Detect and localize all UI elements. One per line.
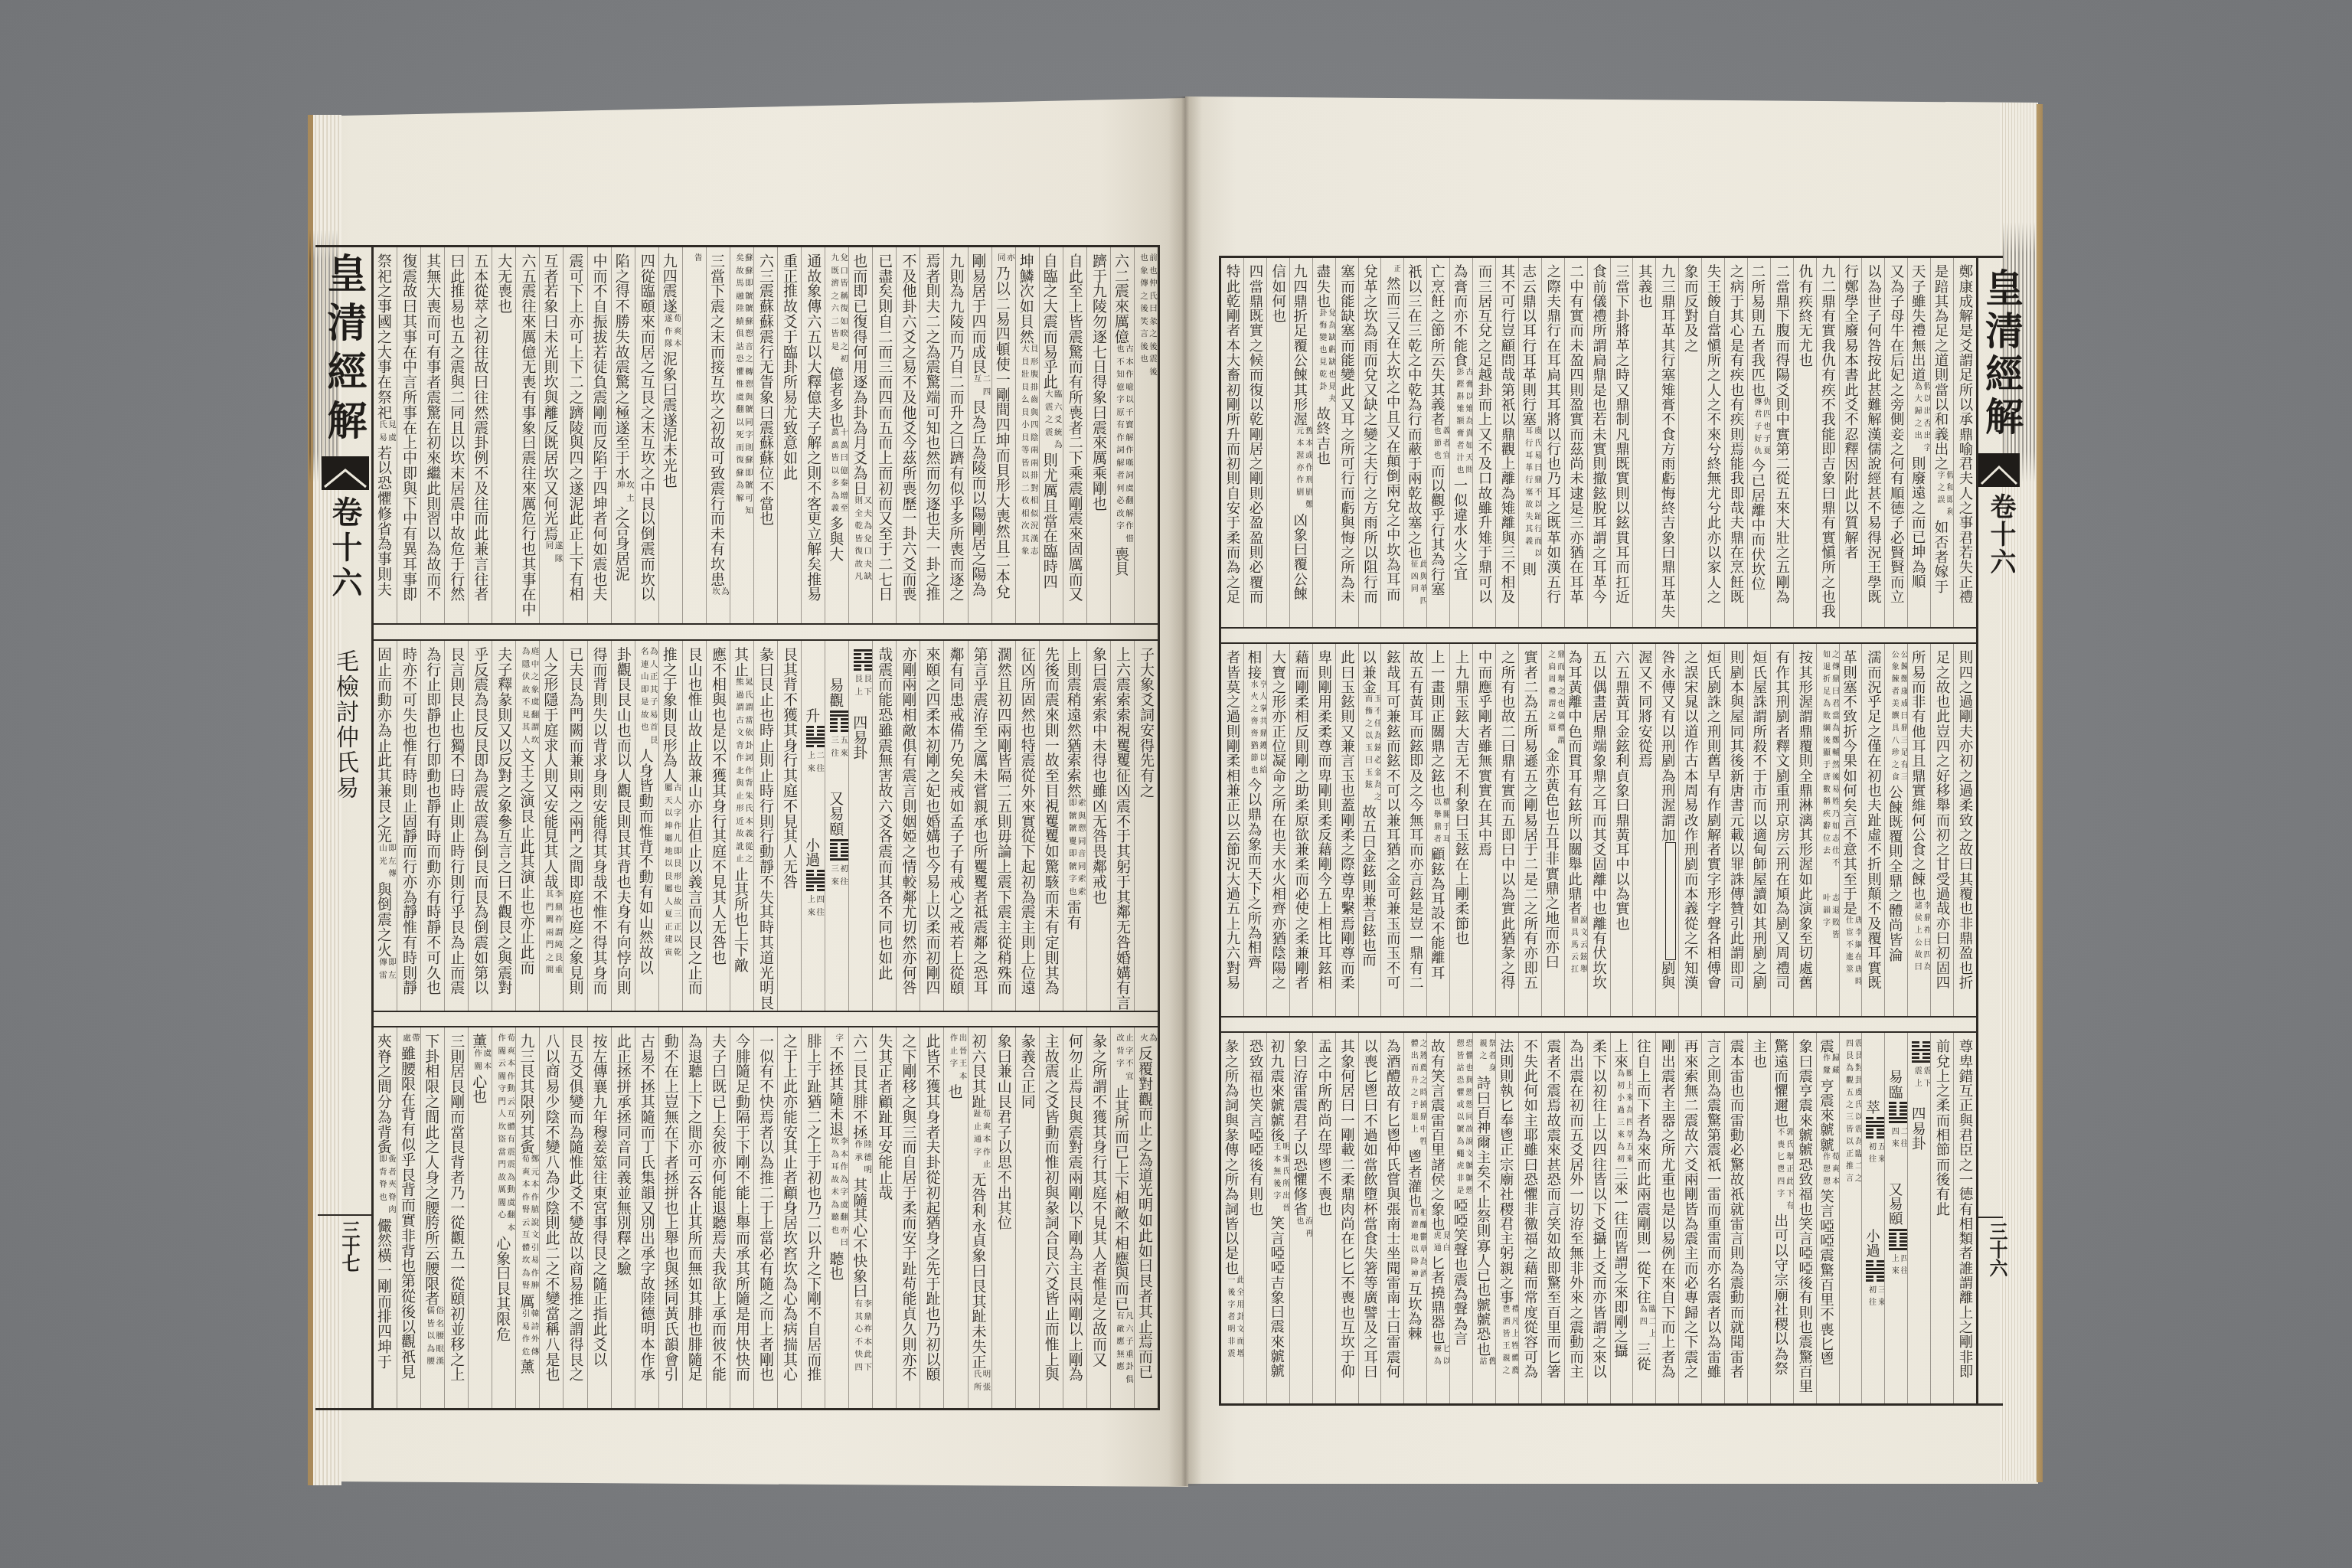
margin-rule-top [315, 245, 373, 247]
annotation-note: 之傳鼎曰君當為鄭輔然後易姓乃如志仕不如退折足為敗綱後顯于唐數稱疾辭位去 [1821, 650, 1839, 871]
hexagram-line [806, 733, 825, 736]
main-text: 其止 [732, 647, 749, 678]
text-column: 夫子釋彖則又以反對之象參互言之曰不觀艮之與震對 [492, 641, 515, 1011]
annotation-note: 歸藏作釐 [1821, 1053, 1839, 1078]
main-text: 啞啞笑聲也震為聲為言 [1452, 1198, 1468, 1346]
text-column: 艮五爻俱變而為隨惟此爻不變故以商易推之謂得艮之 [563, 1027, 586, 1408]
main-text: 艮言則艮止也獨不曰時止則止時行則行乎艮為止而震 [448, 647, 465, 995]
text-column: 則剭本與屋同其後新唐書元載以罪誅傳贊引此謂即司 [1724, 644, 1747, 1016]
main-text: 第言乎震洊至之厲未嘗親承也所矍矍者祗震鄰之恐耳 [972, 647, 988, 995]
hexagram-line [1889, 1106, 1907, 1108]
main-text: 是踣其為足之道則當以和義出之 [1932, 264, 1949, 471]
hexagram-line [1912, 1045, 1930, 1047]
main-text: 為膏而亦不能食 [1452, 264, 1468, 367]
hexagram-line [1889, 1229, 1907, 1231]
main-text: 剭與 [1659, 960, 1675, 990]
text-column: 失王餕自當愼所之人之不來兮終無尤兮此亦以家人之 [1701, 258, 1724, 627]
text-column: 渥又不同將安從焉 [1632, 644, 1655, 1016]
main-text: 一似違水火之宜 [1452, 478, 1468, 581]
text-column: 四從臨頤來而居之互艮之末互坎之中艮以倒震而坎以 [635, 247, 658, 623]
main-text: 反覆對觀而止之為道光明如此如曰艮者其止焉而已 [1136, 1047, 1153, 1380]
main-text: 艮五爻俱變而為隨惟此爻不變故以商易推之謂得艮之 [567, 1034, 584, 1382]
hexagram-line [854, 657, 872, 659]
main-text: 藉而剛柔相反則剛之助柔原欲兼柔而必使之柔兼剛者 [1293, 650, 1309, 990]
main-text: 仇有疾終无尤也 [1797, 264, 1813, 367]
hexagram-line [1866, 1129, 1884, 1131]
hexagram-line [1912, 1041, 1930, 1044]
annotation-note: 李鼎祚謂純艮重其門闕兩門之間 [544, 890, 563, 978]
text-column: 正然而三又在大坎之中且又在顛倒兩兌之中坎為耳而 [1380, 258, 1403, 627]
text-column: 之所有也故二曰鼎有實而五即曰中以為實此猶彖之得 [1495, 644, 1518, 1016]
main-text: 故五曰金鉉則兼言鉉也而 [1360, 805, 1376, 967]
text-column: 震本雷也而雷動必驚故祇就雷言則為震動而就聞雷者 [1724, 1033, 1747, 1403]
hexagram-line [1889, 1236, 1907, 1239]
main-text: 又為子母牛在后妃之旁側妾之何有順德子必賢賢而立 [1888, 264, 1904, 604]
margin-rule-bottom [315, 1408, 373, 1410]
text-column: 之將薦之時撓鼎中牲體出而升之于俎上鬯者灌也秬釀鬱草為酒而灌地以降神互坎為棘 [1403, 1033, 1426, 1403]
main-text: 濶然且初四兩剛皆隔二五則毋論上震下震主從稍殊而 [995, 647, 1012, 995]
main-text: 不及他卦六爻之易不及他爻今茲所喪歷一卦六爻而喪 [900, 253, 916, 602]
main-text: 哉震而能恐雖震無害故六爻各震而其各不同也如此 [876, 647, 893, 981]
main-text: 為耳黃離中色而貫耳有鉉所以關舉此鼎者 [1566, 650, 1583, 916]
annotation-note: 假和即利字之誤 [1935, 471, 1953, 520]
main-text: 二當鼎下腹而得陽爻則中實第二從五來大壯之五剛為 [1774, 264, 1790, 604]
main-text: 不失此何如主耶雖曰恐懼非徼福之藉而常度從容可為 [1522, 1039, 1538, 1379]
main-text: 詩曰百神爾主矣不止祭則寡人已也虩虩恐也 [1475, 1076, 1491, 1357]
text-column: 之下剛移之與三而自居于柔而安于趾苟能貞久則亦不 [896, 1027, 920, 1408]
main-text: 恐致福也笑言啞啞後有則也 [1247, 1039, 1263, 1217]
main-text: 上則震稍遠然猶索索然 [1065, 647, 1082, 799]
main-text: 六五震往來厲億无喪有事象曰震往來厲危行也其事在中 [519, 253, 536, 617]
text-column: 初九震來虩虩後明張氏所出晉王本無後字笑言啞啞吉象曰震來虩虩 [1266, 1033, 1289, 1403]
text-column: 動不在上豈無在下者拯拼也上舉也與拯同黃氏韻會引 [658, 1027, 682, 1408]
annotation-note: 陸德明作承 [854, 1140, 872, 1178]
hexagram-line [830, 839, 848, 841]
text-column: 一似有不快焉者以為推二于上當必有隨之而上者剛也 [753, 1027, 777, 1408]
text-column: 坤鱗次如貝然貝形腹排齒與四陰兩兩排對相似況漢志大貝壯貝么貝小貝等皆以二枚相次其象 [1015, 247, 1039, 623]
annotation-note: 假以出否出字為大歸之出 [1912, 382, 1930, 456]
text-column: 其無大喪而可有事者震驚在初來繼此則習以為故而不 [420, 247, 444, 623]
main-text: 雖腰限在背有似乎艮背而實非背也第從後以觀祇見 [399, 1047, 416, 1380]
text-column: 上則震稍遠然猶索索然索與愬同音同索索即虩虩矍即虩字也雷有 [1063, 641, 1086, 1011]
main-text: 多與大 [827, 516, 844, 561]
text-column: 夾脊之間分為背夤夤者夾脊肉即背脊也儼然橫一剛而排四坤于 [374, 1027, 397, 1408]
left-page-text-frame: 前也仲氏曰彖之後震後也象傳之後笑言後也六二震來厲億古本作噫以千寶解作嘆詞虞翻解作… [371, 245, 1160, 1410]
text-column: 震下震上四易卦 [1907, 1033, 1930, 1403]
main-text: 復震故曰其事在中言所事在上中即與下中有異耳事即 [400, 253, 417, 602]
main-text: 象曰震索索中未得也雖凶无咎畏鄰戒也 [1090, 647, 1107, 905]
hexagram-line [1866, 1260, 1884, 1263]
main-text: 五以偶畫居鼎端象鼎之耳而其爻固離中也離有伏坎坎 [1591, 650, 1607, 990]
text-column: 以兼金玉不任為鉉必金為之而飾之以玉曰玉鉉故五曰金鉉則兼言鉉也而 [1358, 644, 1381, 1016]
main-text: 彖義合正同 [1019, 1034, 1036, 1109]
text-column: 庭中之象虞翻謂坎為隱伏故不見其人文王之演艮止此其演止也亦止此而 [515, 641, 539, 1011]
text-column: 大寶之形亦正位凝命之所在也夫水火相齊亦猶陰陽之 [1266, 644, 1289, 1016]
text-column: 重正推故爻于臨卦所易尤致意如此 [777, 247, 801, 623]
annotation-note: 說文云鉉舉鼎具馬云扛 [1569, 916, 1587, 977]
main-text: 凶象曰覆公餗 [1292, 512, 1308, 601]
text-column: 鉉哉耳可兼鉉而鉉不可以兼耳猶之金可兼玉而玉不可 [1380, 644, 1403, 1016]
text-column: 四當鼎既實之候而復以乾剛居之剛則必盈盈則必覆而 [1243, 258, 1266, 627]
main-text: 按左傳襄九年穆姜筮往東宮事得艮之隨正指此爻以 [591, 1034, 608, 1367]
main-text: 相接 [1246, 650, 1262, 680]
hexagram-line [1866, 1264, 1884, 1266]
text-column: 仇有疾終无尤也 [1793, 258, 1816, 627]
main-text: 萃 [1864, 1100, 1880, 1115]
annotation-note: 虞本作閽 [473, 1049, 492, 1074]
main-text: 金亦黃色也五耳非實鼎之地而亦曰 [1543, 748, 1560, 970]
main-text: 為行止即靜也行即動也靜有時而動亦有時靜不可久也 [424, 647, 441, 995]
main-text: 若以恐懼修省為事則夫 [375, 446, 392, 597]
text-column: 下卦相限之間此之人身之腰胯所云腰限者俗名腰眼漢儒皆以為腰 [420, 1027, 444, 1408]
hexagram-line [830, 714, 848, 717]
text-column: 之誤宋晁以道作古本周易改作刑剭而本義從之不知漢 [1678, 644, 1701, 1016]
text-column: 自此至上皆震驚而有所喪者二下乘震剛震來固厲而又 [1063, 247, 1086, 623]
main-text: 信如何也 [1270, 264, 1286, 323]
annotation-note: 亦同 [997, 253, 1015, 266]
main-text: 剛易居于四而成艮 [970, 253, 987, 374]
text-column: 為膏而亦不能食古膏以雉為貴如天問彭鏗斟雉額膏者汁也一似違水火之宜 [1449, 258, 1472, 627]
main-text: 人之形隱于庭求人則又安能見其人哉 [541, 647, 558, 890]
main-text: 實者二為五所易遜五之剛易居于二是二之所有亦即五 [1522, 650, 1538, 990]
text-column: 其義也 [1632, 258, 1655, 627]
text-column: 為行止即靜也行即動也靜有時而動亦有時靜不可久也 [420, 641, 444, 1011]
annotation-note: 李本作為字虞翻亦曰坎為耳故未為聽也 [830, 1137, 848, 1251]
hexagram-line [830, 726, 848, 728]
main-text: 雷有 [1065, 900, 1082, 930]
text-column: 前兌上之柔而相節而後有此 [1930, 1033, 1953, 1403]
text-column: 二當鼎下腹而得陽爻則中實第二從五來大壯之五剛為 [1770, 258, 1793, 627]
main-text: 九則為九陵而乃自二而升之曰躋有似乎多所喪而逐之 [948, 253, 965, 602]
text-column: 中而應乎剛者雖無實實在其中焉 [1472, 644, 1495, 1016]
main-text: 則尤厲且當在臨時四 [1041, 453, 1058, 590]
text-column: 帶處雖腰限在背有似乎艮背而實非背也第從後以觀祇見 [397, 1027, 420, 1408]
main-text: 前兌上之柔而相節而後有此 [1934, 1039, 1950, 1217]
hexagram-line [854, 668, 872, 671]
spacer [812, 647, 812, 708]
main-text: 則 [1521, 561, 1537, 576]
text-column: 今腓隨足動隔于下剛不能上舉而承其所隨是用快快而 [730, 1027, 753, 1408]
main-text: 其義也 [1636, 264, 1652, 309]
text-column: 故五有黃耳而鉉即及之今無耳而亦言鉉是豈一鼎有二 [1403, 644, 1426, 1016]
text-column: 尊卑錯互正與君臣之一德有相類者誰謂離上之剛非即 [1953, 1033, 1976, 1403]
main-text: 卦觀艮艮山也而以人觀艮則艮其背也夫身有向悖向則 [615, 647, 632, 995]
margin-rule-bottom [1977, 1403, 2003, 1406]
text-column: 而三居互兌之足越卦而上又不及口故雖升雉于鼎可以 [1472, 258, 1495, 627]
text-column: 躋于九陵勿逐七日得象曰震來厲乘剛也 [1086, 247, 1110, 623]
text-column: 亦同乃以二易四頓使一剛間四坤而貝形大喪然且二本兌 [991, 247, 1015, 623]
main-text: 下卦相限之間此之人身之腰胯所云腰限者 [423, 1034, 439, 1306]
main-text: 柔下以初往上以四往皆以下爻攝上爻而亦皆謂之來以 [1591, 1039, 1607, 1379]
text-column: 震歸藏作釐亨震來虩虩荀爽本作愬愬笑言啞啞震驚百里不喪匕鬯 [1816, 1033, 1839, 1403]
main-text: 泥象曰震遂泥未光也 [661, 352, 678, 488]
main-text: 法則則執匕奉鬯正宗廟社稷君主躬親之事 [1498, 1039, 1514, 1305]
annotation-note: 初往三來 [830, 864, 848, 890]
main-text: 焉者則夫二之為震驚端可知也然而勿逐也夫一卦之推 [923, 253, 940, 602]
main-text: 其無大喪而可有事者震驚在初來繼此則習以為故而不 [424, 253, 441, 602]
hexagram-line [830, 722, 848, 724]
main-text: 此皆不獲其身者夫卦從初起猶身之先于趾也乃初以頤 [923, 1034, 940, 1382]
hexagram-line [1889, 1109, 1907, 1112]
main-text: 乃以二易四頓使一剛間四坤而貝形大喪然且二本兌 [994, 266, 1011, 600]
main-text: 乎反震為艮反艮即為震故震為倒艮而艮為倒震如第以 [472, 647, 488, 995]
text-column: 二中有實而未盈四則盈實而茲尚未逮是三亦猶在耳革 [1564, 258, 1587, 627]
main-text: 小過 [803, 838, 820, 868]
annotation-note: 橫關于耳以舉鼎者 [1431, 798, 1449, 847]
text-column: 五本從萃之初往故曰往然震卦例不及往而此兼言往者 [468, 247, 492, 623]
main-text: 以為世子何咎按此甚難解漢儒說經甚不易得況王學既 [1865, 264, 1881, 604]
text-column: 祭祀之事國之大事在祭祀見虞氏易若以恐懼修省為事則夫 [374, 247, 397, 623]
lacuna-box [1665, 842, 1676, 960]
text-column: 驚遠而懼邇也郭氏舉正此下有不喪匕鬯四字出可以守宗廟社稷以為祭 [1770, 1033, 1793, 1403]
main-text: 震 [1818, 1039, 1834, 1053]
spacer [1894, 1151, 1895, 1182]
text-column: 九三艮其限列其夤鄭元本作䐈說文引易作胂荀爽本作腎云互體坎為腎厲韓詩外傳引易作危薰 [515, 1027, 539, 1408]
text-column: 公餗鄭康成曰鼎三足有三公象餗者美饌具八珍之食公餗既覆則全鼎之體尚皆淪 [1884, 644, 1907, 1016]
main-text: 中而不自振拔若徒負震剛而反陷于四坤者何如震也夫 [591, 253, 608, 602]
annotation-note: 志退敗皆叶韻字 [1821, 893, 1839, 942]
text-column: 鼎而舉之也儀禮謂之扃周禮謂之鼏金亦黃色也五耳非實鼎之地而亦曰 [1541, 644, 1564, 1016]
text-column: 艮其背不獲其身行其庭不見其人无咎 [777, 641, 801, 1011]
main-text: 今腓隨足動隔于下剛不能上舉而承其所隨是用快快而 [733, 1034, 750, 1382]
text-column: 為耳黃離中色而貫耳有鉉所以關舉此鼎者說文云鉉舉鼎具馬云扛 [1564, 644, 1587, 1016]
main-text: 行鄭學全廢易本書此爻不忍釋因附此以質解者 [1842, 264, 1858, 560]
main-text: 故五有黃耳而鉉即及之今無耳而亦言鉉是豈一鼎有二 [1407, 650, 1423, 990]
main-text: 薰 [518, 1360, 534, 1375]
hexagram-line [1889, 1102, 1907, 1104]
main-text: 大寶之形亦正位凝命之所在也夫水火相齊亦猶陰陽之 [1270, 650, 1286, 990]
hexagram-line [854, 661, 872, 663]
hexagram-line [806, 877, 825, 880]
annotation-note: 臨二上為四 [1637, 1305, 1655, 1341]
annotation-note: 庭中之象虞翻謂坎為隱伏故不見其人 [521, 647, 539, 748]
main-text: 震本雷也而雷動必驚故祇就雷言則為震動而就聞雷者 [1728, 1039, 1744, 1379]
main-text: 故有笑言震雷百里諸侯之象也 [1429, 1039, 1445, 1231]
main-text: 所易而非有他耳且鼎實維何公食之餗也 [1909, 650, 1926, 901]
text-column: 時亦不可失也惟有時則止固靜而行亦為靜惟有時則靜 [397, 641, 420, 1011]
text-column: 六三震蘇蘇震行无眚象曰震蘇蘇位不當也 [753, 247, 777, 623]
main-text: 曰此推易也五之震與二同且以坎末居震中故危于行然 [448, 253, 465, 602]
main-text: 鄰有同患戒備乃免矣戒如孟子子有戒心之戒若上從頤 [948, 647, 965, 995]
annotation-note: 為人正其子易首艮名連山即是故也 [640, 647, 658, 748]
text-column: 以喪匕鬯曰不過如當飲墮杯當食失箸等廣譬及之耳曰 [1358, 1033, 1381, 1403]
main-text: 也而即已復得何用逐為卦為月爻為日 [851, 253, 867, 496]
main-text: 為出震在初而五爻居外一切洊至無非外來之震動而主 [1568, 1039, 1584, 1379]
annotation-note: 鼎而舉之也儀禮謂之扃周禮謂之鼏 [1546, 650, 1564, 748]
text-column: 六二艮其腓不拯陸德明作承其隨其心不快象曰李鼎祚本此下有其心不快四 [848, 1027, 872, 1408]
text-column: 初六艮其趾荀爽本作止趾止通字无咎利永貞象曰艮其趾未失正明張氏所 [968, 1027, 991, 1408]
text-column: 失其正者顧趾耳安能止哉 [872, 1027, 896, 1408]
main-text: 五本從萃之初往故曰往然震卦例不及往而此兼言往者 [472, 253, 488, 602]
register-lower: 為火反覆對觀而止之為道光明如此如曰艮者其止焉而已止字不宜改背字止其所而已上下相敵… [374, 1026, 1158, 1408]
main-text: 祭祀之事國之大事在祭祀 [375, 253, 392, 420]
hexagram-line [1866, 1117, 1884, 1119]
text-column: 祭者身親之詩曰百神爾主矣不止祭則寡人已也虩虩恐也舊詁 [1472, 1033, 1495, 1403]
main-text: 特此乾剛者本大畜初剛所升而初則自安于柔而為之足 [1224, 264, 1240, 604]
main-text: 失王餕自當愼所之人之不來兮終無尤兮此亦以家人之 [1705, 264, 1721, 604]
main-text: 公餗既覆則全鼎之體尚皆淪 [1886, 785, 1903, 962]
annotation-note: 唐李綱在唐時仕宦不進筮 [1843, 916, 1861, 989]
main-text: 人身皆動而惟背不動有如山然故以 [637, 748, 654, 975]
main-text: 喪貝 [1112, 547, 1129, 577]
main-text: 固止而動亦為止此其兼艮之光 [375, 647, 392, 844]
text-column: 象曰洊雷震君子以恐懼修省洊再也 [1289, 1033, 1312, 1403]
text-column: 為出震在初而五爻居外一切洊至無非外來之震動而主 [1564, 1033, 1587, 1403]
text-column: 法則則執匕奉鬯正宗廟社稷君主躬親之事禮凡上牲體薦鬯酒皆王親之 [1495, 1033, 1518, 1403]
hexagram-line [1889, 1240, 1907, 1243]
text-column: 已盡矣則自二而三而四而五而上而初而又至于二七日 [872, 247, 896, 623]
main-text: 其象何居曰一剛載二柔鼎肉尚在匕匕不喪也互坎于仰 [1339, 1039, 1355, 1379]
text-column: 藉而剛柔相反則剛之助柔原欲兼柔而必使之柔兼剛者 [1289, 644, 1312, 1016]
annotation-note: 此與革四征凶同 [1408, 560, 1426, 609]
annotation-note: 亨人掌共鼎鑊以給水火之齊齊猶節也 [1248, 680, 1266, 778]
main-text: 兌革之坎為雨而兌又缺之變之夫行之方雨所以阻行而 [1361, 264, 1377, 604]
text-column: 九三鼎耳革其行塞雉膏不食方雨虧悔終吉象曰鼎耳革失 [1655, 258, 1678, 627]
hexagram-line [854, 649, 872, 652]
main-text: 時亦不可失也惟有時則止固靜而行亦為靜惟有時則靜 [400, 647, 417, 995]
main-text: 則四之過剛夫亦初之過柔致之故曰其覆也非鼎盈也折 [1957, 650, 1973, 990]
main-text: 互坎為棘 [1406, 1282, 1422, 1341]
text-column: 按其形渥謂鼎覆則全鼎淋漓其形渥如此演象至切處舊 [1793, 644, 1816, 1016]
main-text: 再來索無二震故六爻兩剛皆為震主而必專歸之下震之 [1682, 1039, 1698, 1379]
main-text: 志云鼎以耳行耳革則行塞 [1521, 264, 1537, 426]
main-text: 九二鼎有實我仇有疾不我能即吉象曰鼎有實愼所之也我 [1820, 264, 1836, 619]
main-text: 剛出震者主器之所尤重也是以易例在來自下而上者為 [1659, 1039, 1675, 1379]
main-text: 已盡矣則自二而三而四而五而上而初而又至于二七日 [876, 253, 893, 602]
main-text: 則剭本與屋同其後新唐書元載以罪誅傳贊引此謂即司 [1728, 650, 1744, 990]
main-text: 有作其刑剭者釋文剭重刑京房云刑在頄為剭又周禮司 [1774, 650, 1790, 990]
text-column: 六二震來厲億古本作噫以千寶解作嘆詞虞翻解作惜也不知億字原有作詞解者何必改字喪貝 [1110, 247, 1134, 623]
volume-label: 卷十六 [322, 496, 367, 602]
main-text: 與倒震之火 [375, 882, 392, 958]
main-text: 然而三又在大坎之中且又在顛倒兩兌之中坎為耳而 [1384, 276, 1400, 602]
main-text: 三則居艮剛而當艮背者乃一從觀五一從頤初並移之上 [448, 1034, 465, 1382]
text-column: 鄭康成解是爻謂足所以承鼎喻君夫人之事君若失正禮 [1953, 258, 1976, 627]
text-column: 兌口皆稱復如睽之初九既濟之六二皆是億者多也十萬曰億秦增至萬萬皆以多為義多與大 [825, 247, 848, 623]
main-text: 而以觀乎行其為行塞 [1429, 463, 1445, 596]
spacer [1894, 1039, 1895, 1070]
hexagram-line [806, 874, 825, 876]
main-text: 言之則為震驚第震祇一雷而重雷而亦名震者以為雷雖 [1705, 1039, 1721, 1379]
annotation-note: 震下震上 [1912, 1067, 1930, 1091]
text-column: 子大象爻詞安得先有之 [1134, 641, 1158, 1011]
main-text: 何勿止焉艮與震對震兩剛以下剛為主艮兩剛以上剛為 [1067, 1034, 1083, 1382]
text-column: 上來頤上來為四萃五來為初小過三來為初三來一往而皆謂之來即剛之攝 [1610, 1033, 1633, 1403]
annotation-note: 荀爽本作止趾止通字 [973, 1109, 991, 1173]
hexagram-icon [1889, 1229, 1907, 1252]
text-column: 為火反覆對觀而止之為道光明如此如曰艮者其止焉而已 [1134, 1027, 1158, 1408]
text-column: 艮下艮上四易卦 [848, 641, 872, 1011]
hexagram-line [1866, 1272, 1884, 1274]
main-text: 足之故也此豈四之好移舉而初之甘受過哉亦曰初固四 [1934, 650, 1950, 990]
text-column: 征凶所固然也特震從外來實從下起初為震主則上位遠 [1015, 641, 1039, 1011]
annotation-note: 四往上來 [806, 895, 825, 920]
main-text: 四從臨頤來而居之互艮之末互坎之中艮以倒震而坎以 [639, 253, 655, 602]
annotation-note: 古膏以雉為貴如天問彭鏗斟雉額膏者汁也 [1454, 367, 1472, 478]
spacer [1825, 871, 1826, 893]
main-text: 出可以守宗廟社稷以為祭 [1772, 1214, 1788, 1376]
main-text: 烜氏屋誅謂所殺不于市而以適甸師屋讀如其刑剭之剭 [1751, 650, 1767, 990]
annotation-note: 洊再也 [1294, 1217, 1312, 1241]
text-column: 天子雖失禮無出道假以出否出字為大歸之出則廢遠之而已坤為順 [1907, 258, 1930, 627]
hexagram-line [1912, 1053, 1930, 1055]
text-column: 烜氏屋誅謂所殺不于市而以適甸師屋讀如其刑剭之剭 [1747, 644, 1770, 1016]
main-text: 先後而震來則一故至目視矍矍如驚駭而未有定則其為 [1043, 647, 1060, 995]
annotation-note: 禮凡上牲體薦鬯酒皆王親之 [1500, 1305, 1518, 1378]
main-text: 二所易則五者我匹也 [1749, 264, 1766, 397]
text-column: 也而即已復得何用逐為卦為月爻為日又夫為兌口夬缺則全乾皆復故凡 [848, 247, 872, 623]
hexagram-line [830, 847, 848, 849]
text-column: 以為世子何咎按此甚難解漢儒說經甚不易得況王學既 [1861, 258, 1884, 627]
main-text: 又易頤 [827, 792, 844, 837]
main-text: 文王之演艮止此其演止也亦止此而 [518, 748, 534, 975]
register-lower: 尊卑錯互正與君臣之一德有相類者誰謂離上之剛非即前兌上之柔而相節而後有此震下震上四… [1221, 1031, 1976, 1403]
hexagram-line [806, 737, 825, 740]
hexagram-line [806, 741, 825, 743]
main-text: 二中有實而未盈四則盈實而茲尚未逮是三亦猶在耳革 [1568, 264, 1584, 604]
main-text: 此曰玉鉉則又兼言玉也蓋剛柔之際尊卑繫焉剛尊而柔 [1339, 650, 1355, 990]
main-text: 重正推故爻于臨卦所易尤致意如此 [781, 253, 798, 481]
text-column: 盡失也兌為缺虧缺也見夬卦悔變也見乾卦故終吉也 [1312, 258, 1335, 627]
main-text: 革則塞不致折今果如何矣言不意其至于是 [1841, 650, 1857, 916]
annotation-note: 為坎 [711, 587, 730, 600]
text-column: 九則為九陵而乃自二而升之曰躋有似乎多所喪而逐之 [943, 247, 967, 623]
main-text: 艮其背不獲其身行其庭不見其人无咎 [781, 647, 798, 890]
text-column: 已夫艮為門闕而兼則兩之兩門之間即庭也庭之象見則 [563, 641, 586, 1011]
text-column: 自臨之大震而易乎此臨六爻統為大震之震則尤厲且當在臨時四 [1039, 247, 1063, 623]
hexagram-line [1866, 1121, 1884, 1123]
annotation-note: 即左傳雷 [378, 958, 397, 983]
text-column: 先後而震來則一故至目視矍矍如驚駭而未有定則其為 [1039, 641, 1063, 1011]
hexagram-line [854, 665, 872, 667]
text-column: 來頤之四柔本初剛之妃也婚媾也今易上以柔而初剛四 [920, 641, 943, 1011]
main-text: 而三居互兌之足越卦而上又不及口故雖升雉于鼎可以 [1476, 264, 1492, 604]
text-column: 柔下以初往上以四往皆以下爻攝上爻而亦皆謂之來以 [1587, 1033, 1610, 1403]
hexagram-icon [806, 870, 825, 893]
text-column: 互者若象曰未光則坎與離反既居坎又何光焉遂隊同 [539, 247, 563, 623]
main-text: 鉉哉耳可兼鉉而鉉不可以兼耳猶之金可兼玉而玉不可 [1384, 650, 1400, 990]
text-column: 象曰震亨震來虩虩恐致福也笑言啞啞後有則也震驚百里 [1793, 1033, 1816, 1403]
main-text: 不拯其隨未退 [827, 1047, 844, 1138]
main-text: 則廢遠之而已坤為順 [1909, 456, 1926, 589]
main-text: 尊卑錯互正與君臣之一德有相類者誰謂離上之剛非即 [1957, 1039, 1973, 1379]
main-text: 儼然橫一剛而排四坤于 [375, 1218, 392, 1370]
main-text: 六二震來厲億 [1112, 253, 1129, 345]
text-column: 萃五來初往小過三來初往 [1861, 1033, 1884, 1403]
annotation-note: 舊詁 [1477, 1357, 1495, 1369]
hexagram-line [830, 851, 848, 853]
annotation-note: 四往上來 [1889, 1254, 1907, 1279]
annotation-note: 古本作噫以千寶解作嘆詞虞翻解作惜也不知億字原有作詞解者何必改字 [1116, 345, 1134, 547]
hexagram-line [1866, 1125, 1884, 1127]
main-text: 夾脊之間分為背夤 [375, 1034, 392, 1155]
hexagram-line [1912, 1057, 1930, 1059]
main-text: 之病于其心是有疾也有疾則焉能我即哉夫鼎在烹飪既 [1728, 264, 1744, 604]
main-text: 得而背則失以背求身則安能得其身哉不惟不得其身而 [591, 647, 608, 995]
main-text: 夫子釋彖則又以反對之象參互言之曰不觀艮之與震對 [495, 647, 512, 995]
main-text: 坤鱗次如貝然 [1018, 253, 1034, 345]
main-text: 又易頤 [1886, 1182, 1903, 1227]
hexagram-line [806, 726, 825, 728]
main-text: 盡失也 [1315, 264, 1331, 309]
main-text: 鄭康成解是爻謂足所以承鼎喻君夫人之事君若失正禮 [1957, 264, 1973, 604]
main-text: 震者不震焉故震來甚恐而言笑如故即驚至百里而匕箸 [1545, 1039, 1561, 1379]
text-column: 應不相與也是以不獲其身行其庭不見其人无咎也 [706, 641, 730, 1011]
text-column: 食前儀禮所謂扃鼎是也若未實則撤鉉脫耳謂之耳革今 [1587, 258, 1610, 627]
main-text: 驚遠而懼邇也 [1772, 1039, 1788, 1128]
main-text: 四當鼎既實之候而復以乾剛居之剛則必盈盈則必覆而 [1247, 264, 1263, 604]
volume-label: 卷十六 [1981, 493, 2020, 576]
